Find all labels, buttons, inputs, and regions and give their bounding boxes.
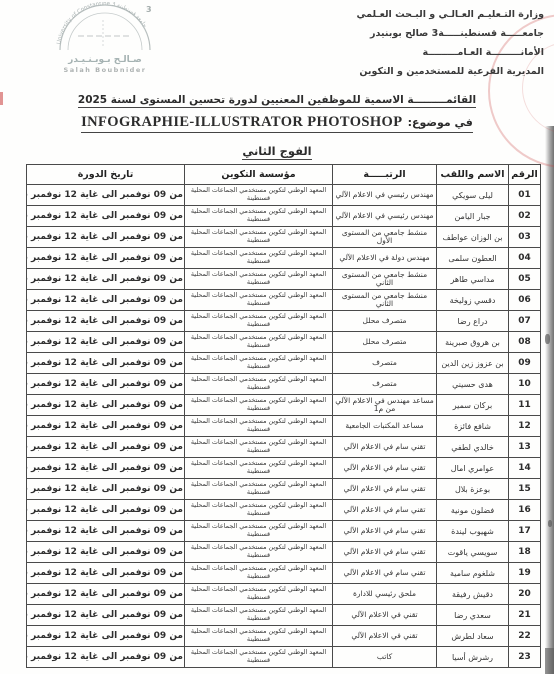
institution-line2: قسنطينة: [186, 636, 331, 644]
row-institution-cell: المعهد الوطني لتكوين مستخدمي الجماعات ال…: [185, 458, 333, 479]
row-institution-cell: المعهد الوطني لتكوين مستخدمي الجماعات ال…: [185, 542, 333, 563]
row-institution-cell: المعهد الوطني لتكوين مستخدمي الجماعات ال…: [185, 500, 333, 521]
row-number-cell: 19: [509, 563, 541, 584]
roster-table-wrapper: الرقم الاسم واللقب الرتبـــــة مؤسسة الت…: [26, 164, 541, 668]
row-date-cell: من 09 نوفمبر الى غاية 12 نوفمبر 2025: [27, 584, 185, 605]
logo-number: 3: [146, 5, 152, 14]
row-name-cell: خالدي لطفي: [437, 437, 509, 458]
row-date-cell: من 09 نوفمبر الى غاية 12 نوفمبر 2025: [27, 248, 185, 269]
row-number-cell: 16: [509, 500, 541, 521]
row-name-cell: دقسي زوليخة: [437, 290, 509, 311]
table-row: 16فضلون مونيةتقني سام في الاعلام الآليال…: [27, 500, 541, 521]
row-rank-cell: تقني في الاعلام الآلي: [333, 605, 437, 626]
row-institution-cell: المعهد الوطني لتكوين مستخدمي الجماعات ال…: [185, 647, 333, 668]
row-name-cell: دراع رضا: [437, 311, 509, 332]
table-row: 04العطون سلمىمهندس دولة في الاعلام الآلي…: [27, 248, 541, 269]
header-name: الاسم واللقب: [437, 165, 509, 185]
row-rank-cell: تقني سام في الاعلام الآلي: [333, 563, 437, 584]
row-rank-cell: تقني سام في الاعلام الآلي: [333, 542, 437, 563]
institution-line2: قسنطينة: [186, 573, 331, 581]
row-institution-cell: المعهد الوطني لتكوين مستخدمي الجماعات ال…: [185, 290, 333, 311]
row-rank-cell: مساعد المكتبات الجامعية: [333, 416, 437, 437]
logo-name-arabic: صـالـح بـوبـنـيـدر: [67, 55, 142, 65]
row-date-cell: من 09 نوفمبر الى غاية 12 نوفمبر 2025: [27, 395, 185, 416]
table-row: 02جبار اليامنمهندس رئيسي في الاعلام الآل…: [27, 206, 541, 227]
row-name-cell: جبار اليامن: [437, 206, 509, 227]
row-number-cell: 20: [509, 584, 541, 605]
row-name-cell: عوامري امال: [437, 458, 509, 479]
institution-line2: قسنطينة: [186, 552, 331, 560]
row-date-cell: من 09 نوفمبر الى غاية 12 نوفمبر 2025: [27, 332, 185, 353]
institution-line2: قسنطينة: [186, 321, 331, 329]
secretariat-line: الأمانـــــــــة العـامـــــــــة: [357, 43, 544, 62]
table-row: 06دقسي زوليخةمنشط جامعي من المستوى الثان…: [27, 290, 541, 311]
row-rank-cell: تقني سام في الاعلام الآلي: [333, 521, 437, 542]
row-number-cell: 03: [509, 227, 541, 248]
directorate-line: المديرية الفرعية للمستخدمين و التكوين: [357, 62, 544, 81]
institution-line2: قسنطينة: [186, 216, 331, 224]
institution-line2: قسنطينة: [186, 510, 331, 518]
table-row: 05مداسي طاهرمنشط جامعي من المستوى الثاني…: [27, 269, 541, 290]
row-institution-cell: المعهد الوطني لتكوين مستخدمي الجماعات ال…: [185, 416, 333, 437]
group-title-text: الفوج الثاني: [242, 144, 311, 160]
row-rank-cell: ملحق رئيسي للادارة: [333, 584, 437, 605]
row-name-cell: سويسي ياقوت: [437, 542, 509, 563]
group-title: الفوج الثاني: [0, 140, 554, 160]
institution-line2: قسنطينة: [186, 300, 331, 308]
row-rank-cell: منشط جامعي من المستوى الثاني: [333, 290, 437, 311]
row-rank-cell: متصرف: [333, 374, 437, 395]
row-number-cell: 05: [509, 269, 541, 290]
table-row: 07دراع رضامتصرف محللالمعهد الوطني لتكوين…: [27, 311, 541, 332]
row-date-cell: من 09 نوفمبر الى غاية 12 نوفمبر 2025: [27, 626, 185, 647]
row-institution-cell: المعهد الوطني لتكوين مستخدمي الجماعات ال…: [185, 227, 333, 248]
row-name-cell: بن هروق صبرينة: [437, 332, 509, 353]
row-name-cell: بوعزة بلال: [437, 479, 509, 500]
table-row: 12شافع فائزةمساعد المكتبات الجامعيةالمعه…: [27, 416, 541, 437]
row-name-cell: شهيوب ليندة: [437, 521, 509, 542]
table-row: 17شهيوب ليندةتقني سام في الاعلام الآليال…: [27, 521, 541, 542]
row-number-cell: 01: [509, 185, 541, 206]
institution-line2: قسنطينة: [186, 405, 331, 413]
table-header-row: الرقم الاسم واللقب الرتبـــــة مؤسسة الت…: [27, 165, 541, 185]
row-date-cell: من 09 نوفمبر الى غاية 12 نوفمبر 2025: [27, 416, 185, 437]
row-name-cell: بن الوزان عواطف: [437, 227, 509, 248]
table-row: 01ليلى سويكيمهندس رئيسي في الاعلام الآلي…: [27, 185, 541, 206]
institution-line2: قسنطينة: [186, 447, 331, 455]
institution-line2: قسنطينة: [186, 426, 331, 434]
row-number-cell: 07: [509, 311, 541, 332]
row-institution-cell: المعهد الوطني لتكوين مستخدمي الجماعات ال…: [185, 605, 333, 626]
row-rank-cell: مهندس رئيسي في الاعلام الآلي: [333, 206, 437, 227]
row-name-cell: ليلى سويكي: [437, 185, 509, 206]
row-number-cell: 21: [509, 605, 541, 626]
row-date-cell: من 09 نوفمبر الى غاية 12 نوفمبر 2025: [27, 206, 185, 227]
row-rank-cell: مساعد مهندس في الاعلام الآلي من م1: [333, 395, 437, 416]
row-rank-cell: كاتب: [333, 647, 437, 668]
row-name-cell: دقيش رفيقة: [437, 584, 509, 605]
row-date-cell: من 09 نوفمبر الى غاية 12 نوفمبر 2025: [27, 605, 185, 626]
row-number-cell: 04: [509, 248, 541, 269]
row-name-cell: شلغوم سامية: [437, 563, 509, 584]
row-institution-cell: المعهد الوطني لتكوين مستخدمي الجماعات ال…: [185, 584, 333, 605]
row-name-cell: هدى حسيني: [437, 374, 509, 395]
institution-line2: قسنطينة: [186, 195, 331, 203]
row-number-cell: 09: [509, 353, 541, 374]
row-date-cell: من 09 نوفمبر الى غاية 12 نوفمبر 2025: [27, 290, 185, 311]
row-number-cell: 06: [509, 290, 541, 311]
table-body: 01ليلى سويكيمهندس رئيسي في الاعلام الآلي…: [27, 185, 541, 668]
row-date-cell: من 09 نوفمبر الى غاية 12 نوفمبر 2025: [27, 311, 185, 332]
institution-line2: قسنطينة: [186, 237, 331, 245]
row-institution-cell: المعهد الوطني لتكوين مستخدمي الجماعات ال…: [185, 479, 333, 500]
table-row: 14عوامري امالتقني سام في الاعلام الآليال…: [27, 458, 541, 479]
row-number-cell: 13: [509, 437, 541, 458]
ministry-header: وزارة التـعليـم العـالـي و البـحث العـلم…: [357, 5, 544, 81]
row-date-cell: من 09 نوفمبر الى غاية 12 نوفمبر 2025: [27, 542, 185, 563]
institution-line2: قسنطينة: [186, 342, 331, 350]
row-rank-cell: تقني سام في الاعلام الآلي: [333, 437, 437, 458]
row-institution-cell: المعهد الوطني لتكوين مستخدمي الجماعات ال…: [185, 332, 333, 353]
row-date-cell: من 09 نوفمبر الى غاية 12 نوفمبر 2025: [27, 353, 185, 374]
subject-prefix: في موضوع:: [408, 116, 473, 129]
scan-smudge: [548, 520, 552, 527]
document-page: University of Constantine 3 جامعة قسنطين…: [0, 0, 554, 674]
row-institution-cell: المعهد الوطني لتكوين مستخدمي الجماعات ال…: [185, 563, 333, 584]
row-institution-cell: المعهد الوطني لتكوين مستخدمي الجماعات ال…: [185, 185, 333, 206]
row-date-cell: من 09 نوفمبر الى غاية 12 نوفمبر 2025: [27, 185, 185, 206]
header-date: تاريخ الدورة: [27, 165, 185, 185]
institution-line2: قسنطينة: [186, 468, 331, 476]
institution-line2: قسنطينة: [186, 384, 331, 392]
scan-smudge: [545, 648, 554, 674]
row-number-cell: 02: [509, 206, 541, 227]
row-rank-cell: تقني سام في الاعلام الآلي: [333, 500, 437, 521]
scan-edge-shadow: [545, 126, 554, 674]
row-number-cell: 11: [509, 395, 541, 416]
row-name-cell: بن عزوز زين الدين: [437, 353, 509, 374]
row-date-cell: من 09 نوفمبر الى غاية 12 نوفمبر 2025: [27, 458, 185, 479]
row-rank-cell: متصرف محلل: [333, 311, 437, 332]
row-date-cell: من 09 نوفمبر الى غاية 12 نوفمبر 2025: [27, 521, 185, 542]
row-name-cell: شافع فائزة: [437, 416, 509, 437]
table-row: 19شلغوم ساميةتقني سام في الاعلام الآليال…: [27, 563, 541, 584]
row-name-cell: سعدي رضا: [437, 605, 509, 626]
row-number-cell: 14: [509, 458, 541, 479]
row-rank-cell: مهندس رئيسي في الاعلام الآلي: [333, 185, 437, 206]
university-line: جامعـــــة قسنطينـــــة3 صالح بوبنيدر: [357, 24, 544, 43]
row-number-cell: 18: [509, 542, 541, 563]
row-number-cell: 17: [509, 521, 541, 542]
institution-line2: قسنطينة: [186, 615, 331, 623]
table-row: 13خالدي لطفيتقني سام في الاعلام الآليالم…: [27, 437, 541, 458]
row-name-cell: بركان سمير: [437, 395, 509, 416]
row-rank-cell: منشط جامعي من المستوى الثاني: [333, 269, 437, 290]
ministry-line: وزارة التـعليـم العـالـي و البـحث العـلم…: [357, 5, 544, 24]
row-institution-cell: المعهد الوطني لتكوين مستخدمي الجماعات ال…: [185, 395, 333, 416]
table-row: 10هدى حسينيمتصرفالمعهد الوطني لتكوين مست…: [27, 374, 541, 395]
row-name-cell: العطون سلمى: [437, 248, 509, 269]
row-rank-cell: تقني في الاعلام الآلي: [333, 626, 437, 647]
row-name-cell: سعاد لطرش: [437, 626, 509, 647]
institution-line2: قسنطينة: [186, 594, 331, 602]
row-institution-cell: المعهد الوطني لتكوين مستخدمي الجماعات ال…: [185, 374, 333, 395]
row-date-cell: من 09 نوفمبر الى غاية 12 نوفمبر 2025: [27, 563, 185, 584]
row-number-cell: 23: [509, 647, 541, 668]
row-rank-cell: متصرف: [333, 353, 437, 374]
table-row: 23رشرش أسياكاتبالمعهد الوطني لتكوين مستخ…: [27, 647, 541, 668]
row-name-cell: رشرش أسيا: [437, 647, 509, 668]
table-row: 08بن هروق صبرينةمتصرف محللالمعهد الوطني …: [27, 332, 541, 353]
institution-line2: قسنطينة: [186, 279, 331, 287]
list-title-text: القائمـــــــــة الاسمية للموظفين المعني…: [78, 94, 476, 108]
institution-line2: قسنطينة: [186, 489, 331, 497]
logo-name-latin: Salah Boubnider: [64, 66, 147, 74]
scan-smudge: [545, 334, 550, 344]
row-institution-cell: المعهد الوطني لتكوين مستخدمي الجماعات ال…: [185, 437, 333, 458]
table-row: 11بركان سميرمساعد مهندس في الاعلام الآلي…: [27, 395, 541, 416]
list-title: القائمـــــــــة الاسمية للموظفين المعني…: [0, 88, 554, 108]
row-institution-cell: المعهد الوطني لتكوين مستخدمي الجماعات ال…: [185, 248, 333, 269]
header-institution: مؤسسة التكوين: [185, 165, 333, 185]
row-rank-cell: مهندس دولة في الاعلام الآلي: [333, 248, 437, 269]
university-logo: University of Constantine 3 جامعة قسنطين…: [40, 2, 170, 78]
table-row: 20دقيش رفيقةملحق رئيسي للادارةالمعهد الو…: [27, 584, 541, 605]
header-rank: الرتبـــــة: [333, 165, 437, 185]
row-number-cell: 22: [509, 626, 541, 647]
institution-line2: قسنطينة: [186, 363, 331, 371]
row-name-cell: مداسي طاهر: [437, 269, 509, 290]
row-date-cell: من 09 نوفمبر الى غاية 12 نوفمبر 2025: [27, 647, 185, 668]
subject-title: في موضوع: INFOGRAPHIE-ILLUSTRATOR PHOTOS…: [0, 111, 554, 133]
table-row: 22سعاد لطرشتقني في الاعلام الآليالمعهد ا…: [27, 626, 541, 647]
table-row: 03بن الوزان عواطفمنشط جامعي من المستوى ا…: [27, 227, 541, 248]
row-number-cell: 10: [509, 374, 541, 395]
row-rank-cell: منشط جامعي من المستوى الأول: [333, 227, 437, 248]
table-row: 09بن عزوز زين الدينمتصرفالمعهد الوطني لت…: [27, 353, 541, 374]
table-row: 21سعدي رضاتقني في الاعلام الآليالمعهد ال…: [27, 605, 541, 626]
table-row: 15بوعزة بلالتقني سام في الاعلام الآليالم…: [27, 479, 541, 500]
row-institution-cell: المعهد الوطني لتكوين مستخدمي الجماعات ال…: [185, 353, 333, 374]
row-date-cell: من 09 نوفمبر الى غاية 12 نوفمبر 2025: [27, 269, 185, 290]
row-institution-cell: المعهد الوطني لتكوين مستخدمي الجماعات ال…: [185, 269, 333, 290]
table-row: 18سويسي ياقوتتقني سام في الاعلام الآليال…: [27, 542, 541, 563]
row-date-cell: من 09 نوفمبر الى غاية 12 نوفمبر 2025: [27, 374, 185, 395]
row-number-cell: 15: [509, 479, 541, 500]
row-date-cell: من 09 نوفمبر الى غاية 12 نوفمبر 2025: [27, 479, 185, 500]
row-rank-cell: متصرف محلل: [333, 332, 437, 353]
institution-line2: قسنطينة: [186, 657, 331, 665]
row-institution-cell: المعهد الوطني لتكوين مستخدمي الجماعات ال…: [185, 311, 333, 332]
row-number-cell: 08: [509, 332, 541, 353]
institution-line2: قسنطينة: [186, 531, 331, 539]
subject-name: INFOGRAPHIE-ILLUSTRATOR PHOTOSHOP: [81, 114, 402, 130]
row-rank-cell: تقني سام في الاعلام الآلي: [333, 458, 437, 479]
institution-line2: قسنطينة: [186, 258, 331, 266]
row-date-cell: من 09 نوفمبر الى غاية 12 نوفمبر 2025: [27, 227, 185, 248]
roster-table: الرقم الاسم واللقب الرتبـــــة مؤسسة الت…: [26, 164, 541, 668]
row-institution-cell: المعهد الوطني لتكوين مستخدمي الجماعات ال…: [185, 626, 333, 647]
header-number: الرقم: [509, 165, 541, 185]
row-number-cell: 12: [509, 416, 541, 437]
row-institution-cell: المعهد الوطني لتكوين مستخدمي الجماعات ال…: [185, 206, 333, 227]
row-date-cell: من 09 نوفمبر الى غاية 12 نوفمبر 2025: [27, 437, 185, 458]
row-rank-cell: تقني سام في الاعلام الآلي: [333, 479, 437, 500]
row-name-cell: فضلون مونية: [437, 500, 509, 521]
row-institution-cell: المعهد الوطني لتكوين مستخدمي الجماعات ال…: [185, 521, 333, 542]
row-date-cell: من 09 نوفمبر الى غاية 12 نوفمبر 2025: [27, 500, 185, 521]
